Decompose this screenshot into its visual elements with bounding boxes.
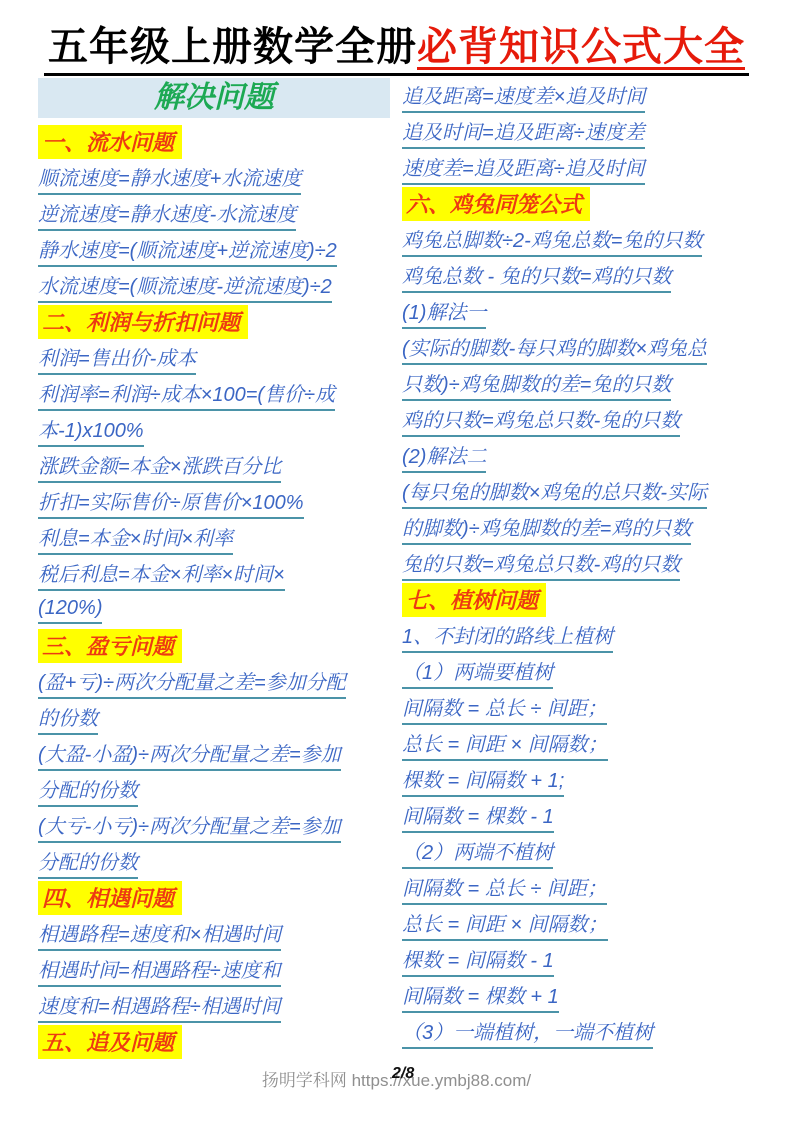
- formula-line: 顺流速度=静水速度+水流速度: [38, 160, 390, 196]
- formula-line: 利息=本金×时间×利率: [38, 520, 390, 556]
- formula-line: 棵数 = 间隔数 - 1: [402, 942, 777, 978]
- formula-line: 税后利息=本金×利率×时间×: [38, 556, 390, 592]
- formula-line: 相遇路程=速度和×相遇时间: [38, 916, 390, 952]
- formula-line: 涨跌金额=本金×涨跌百分比: [38, 448, 390, 484]
- formula-line: 间隔数 = 棵数 - 1: [402, 798, 777, 834]
- formula-line: 总长 = 间距 × 间隔数；: [402, 906, 777, 942]
- page-title-black-part: 五年级上册数学全册: [48, 25, 417, 69]
- formula-line: 的份数: [38, 700, 390, 736]
- right-column-rows: 追及距离=速度差×追及时间追及时间=追及距离÷速度差速度差=追及距离÷追及时间六…: [402, 78, 777, 1050]
- footer: 扬明学科网 https://xue.ymbj88.com/ 2/8: [0, 1066, 793, 1091]
- document-page: { "title": { "black_part": "五年级上册数学全册", …: [0, 0, 793, 1122]
- formula-line: (2)解法二: [402, 438, 777, 474]
- formula-line: 分配的份数: [38, 772, 390, 808]
- formula-line: 1、不封闭的路线上植树: [402, 618, 777, 654]
- formula-line: 分配的份数: [38, 844, 390, 880]
- section-header: 七、植树问题: [402, 582, 777, 618]
- formula-line: 的脚数)÷鸡兔脚数的差=鸡的只数: [402, 510, 777, 546]
- formula-line: 逆流速度=静水速度-水流速度: [38, 196, 390, 232]
- formula-line: 静水速度=(顺流速度+逆流速度)÷2: [38, 232, 390, 268]
- formula-line: （1）两端要植树: [402, 654, 777, 690]
- formula-line: 速度差=追及距离÷追及时间: [402, 150, 777, 186]
- left-column: 解决问题 一、流水问题顺流速度=静水速度+水流速度逆流速度=静水速度-水流速度静…: [38, 78, 390, 1060]
- formula-line: 鸡兔总数 - 兔的只数=鸡的只数: [402, 258, 777, 294]
- page-title: 五年级上册数学全册必背知识公式大全: [0, 24, 793, 76]
- formula-line: 相遇时间=相遇路程÷速度和: [38, 952, 390, 988]
- formula-line: （3）一端植树，一端不植树: [402, 1014, 777, 1050]
- formula-line: (120%): [38, 592, 390, 628]
- formula-line: 追及距离=速度差×追及时间: [402, 78, 777, 114]
- formula-line: 总长 = 间距 × 间隔数；: [402, 726, 777, 762]
- page-number: 2/8: [392, 1065, 414, 1083]
- formula-line: (1)解法一: [402, 294, 777, 330]
- formula-line: 利润=售出价-成本: [38, 340, 390, 376]
- section-header: 四、相遇问题: [38, 880, 390, 916]
- formula-line: (实际的脚数-每只鸡的脚数×鸡兔总: [402, 330, 777, 366]
- section-header: 一、流水问题: [38, 124, 390, 160]
- formula-line: 棵数 = 间隔数 + 1;: [402, 762, 777, 798]
- section-header: 六、鸡兔同笼公式: [402, 186, 777, 222]
- formula-line: 鸡的只数=鸡兔总只数-兔的只数: [402, 402, 777, 438]
- formula-line: (盈+亏)÷两次分配量之差=参加分配: [38, 664, 390, 700]
- section-header: 二、利润与折扣问题: [38, 304, 390, 340]
- formula-line: (大盈-小盈)÷两次分配量之差=参加: [38, 736, 390, 772]
- section-header: 三、盈亏问题: [38, 628, 390, 664]
- formula-line: （2）两端不植树: [402, 834, 777, 870]
- left-column-rows: 一、流水问题顺流速度=静水速度+水流速度逆流速度=静水速度-水流速度静水速度=(…: [38, 124, 390, 1060]
- formula-line: 鸡兔总脚数÷2-鸡兔总数=兔的只数: [402, 222, 777, 258]
- formula-line: 追及时间=追及距离÷速度差: [402, 114, 777, 150]
- page-title-red-part: 必背知识公式大全: [417, 25, 745, 69]
- formula-line: 本-1)x100%: [38, 412, 390, 448]
- section-header: 五、追及问题: [38, 1024, 390, 1060]
- formula-line: 只数)÷鸡兔脚数的差=兔的只数: [402, 366, 777, 402]
- formula-line: 兔的只数=鸡兔总只数-鸡的只数: [402, 546, 777, 582]
- formula-line: 折扣=实际售价÷原售价×100%: [38, 484, 390, 520]
- formula-line: 间隔数 = 总长 ÷ 间距；: [402, 690, 777, 726]
- left-column-header: 解决问题: [38, 78, 390, 118]
- formula-line: 速度和=相遇路程÷相遇时间: [38, 988, 390, 1024]
- formula-line: 利润率=利润÷成本×100=(售价÷成: [38, 376, 390, 412]
- formula-line: (每只兔的脚数×鸡兔的总只数-实际: [402, 474, 777, 510]
- formula-line: 间隔数 = 棵数 + 1: [402, 978, 777, 1014]
- right-column: 追及距离=速度差×追及时间追及时间=追及距离÷速度差速度差=追及距离÷追及时间六…: [402, 78, 777, 1050]
- formula-line: (大亏-小亏)÷两次分配量之差=参加: [38, 808, 390, 844]
- formula-line: 间隔数 = 总长 ÷ 间距；: [402, 870, 777, 906]
- formula-line: 水流速度=(顺流速度-逆流速度)÷2: [38, 268, 390, 304]
